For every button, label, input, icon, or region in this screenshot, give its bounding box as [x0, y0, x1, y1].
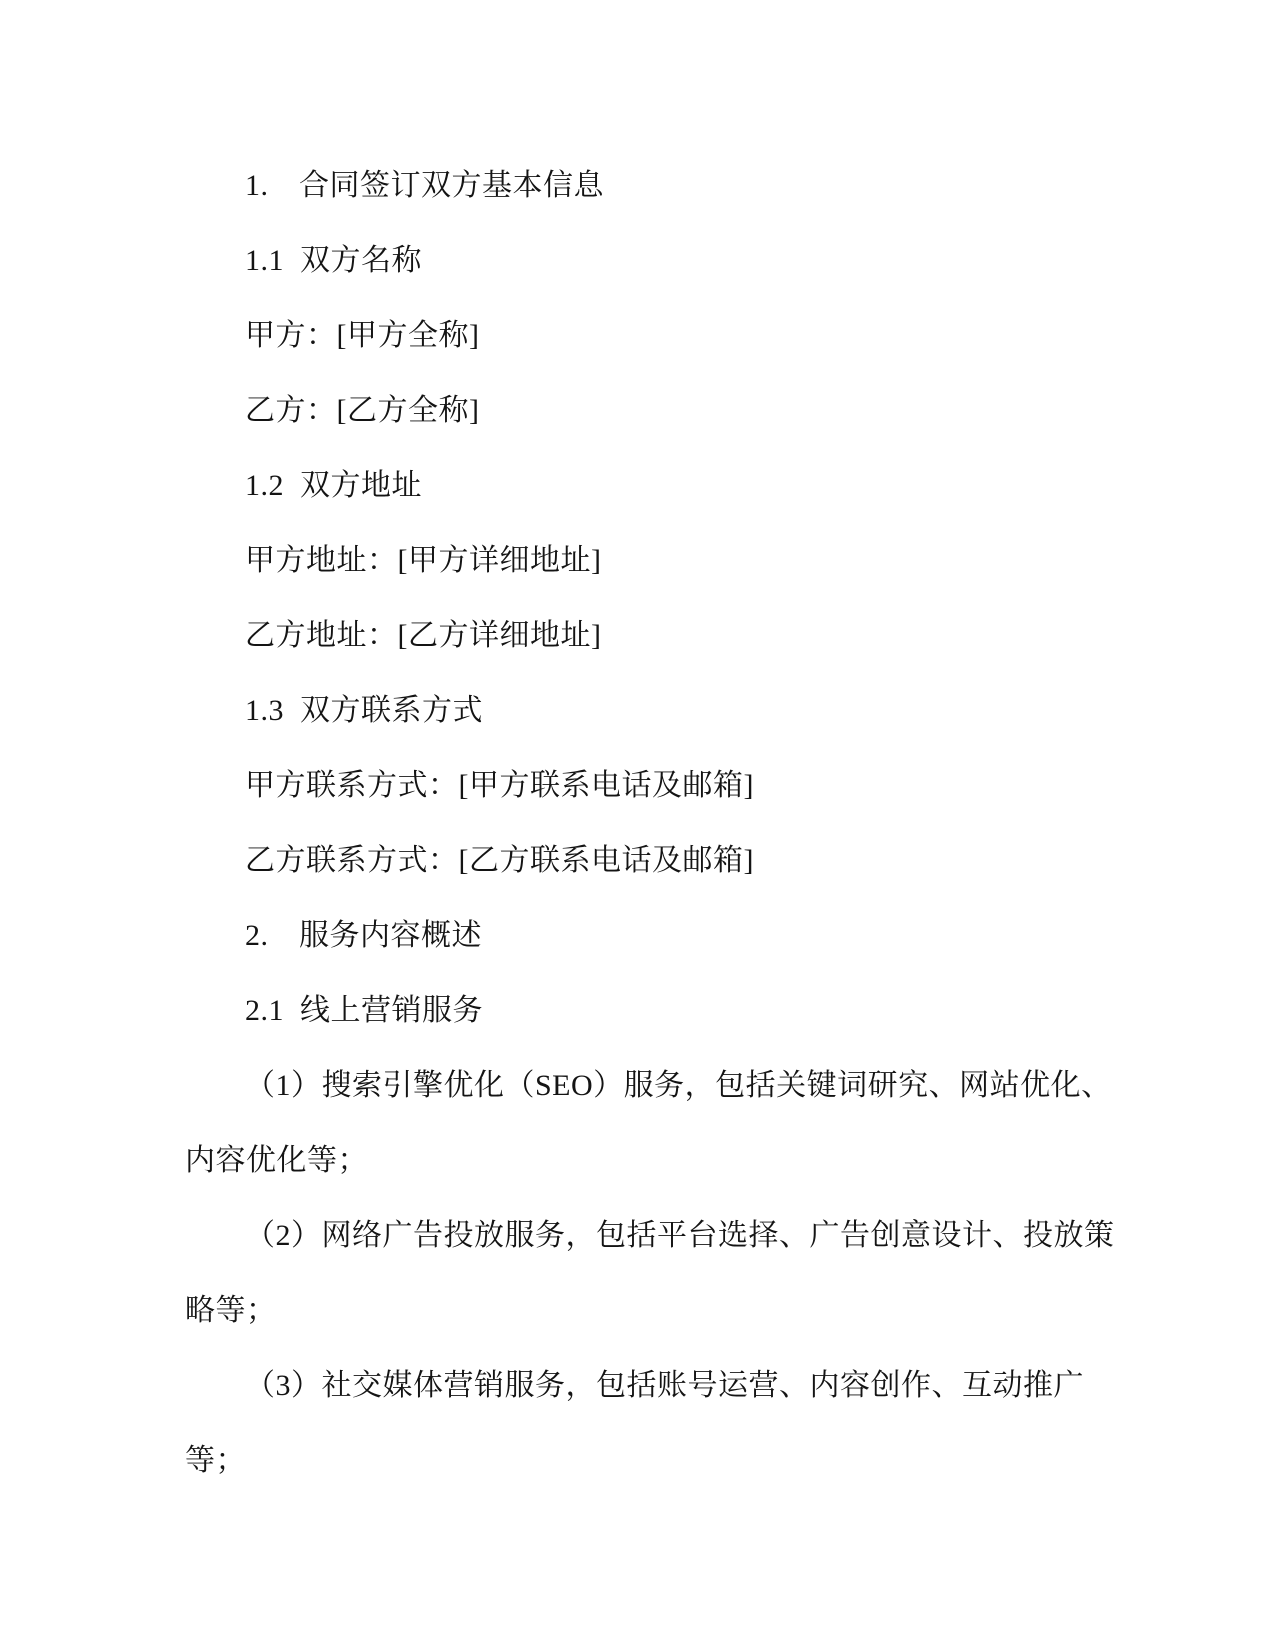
- section-heading-1: 1. 合同签订双方基本信息: [185, 148, 1175, 223]
- service-item-3-line-2: 等；: [185, 1423, 1175, 1498]
- party-b-name-line: 乙方：[乙方全称]: [185, 373, 1175, 448]
- service-item-3-line-1: （3）社交媒体营销服务，包括账号运营、内容创作、互动推广: [185, 1348, 1175, 1423]
- subsection-heading-1-1: 1.1 双方名称: [185, 223, 1175, 298]
- service-item-1-line-2: 内容优化等；: [185, 1123, 1175, 1198]
- service-item-2-line-2: 略等；: [185, 1273, 1175, 1348]
- subsection-heading-1-3: 1.3 双方联系方式: [185, 673, 1175, 748]
- party-a-address-line: 甲方地址：[甲方详细地址]: [185, 523, 1175, 598]
- section-heading-2: 2. 服务内容概述: [185, 898, 1175, 973]
- service-item-1-line-1: （1）搜索引擎优化（SEO）服务，包括关键词研究、网站优化、: [185, 1048, 1175, 1123]
- service-item-2-line-1: （2）网络广告投放服务，包括平台选择、广告创意设计、投放策: [185, 1198, 1175, 1273]
- subsection-heading-1-2: 1.2 双方地址: [185, 448, 1175, 523]
- subsection-heading-2-1: 2.1 线上营销服务: [185, 973, 1175, 1048]
- party-a-contact-line: 甲方联系方式：[甲方联系电话及邮箱]: [185, 748, 1175, 823]
- party-b-address-line: 乙方地址：[乙方详细地址]: [185, 598, 1175, 673]
- document-page: 1. 合同签订双方基本信息 1.1 双方名称 甲方：[甲方全称] 乙方：[乙方全…: [0, 0, 1275, 1650]
- party-a-name-line: 甲方：[甲方全称]: [185, 298, 1175, 373]
- party-b-contact-line: 乙方联系方式：[乙方联系电话及邮箱]: [185, 823, 1175, 898]
